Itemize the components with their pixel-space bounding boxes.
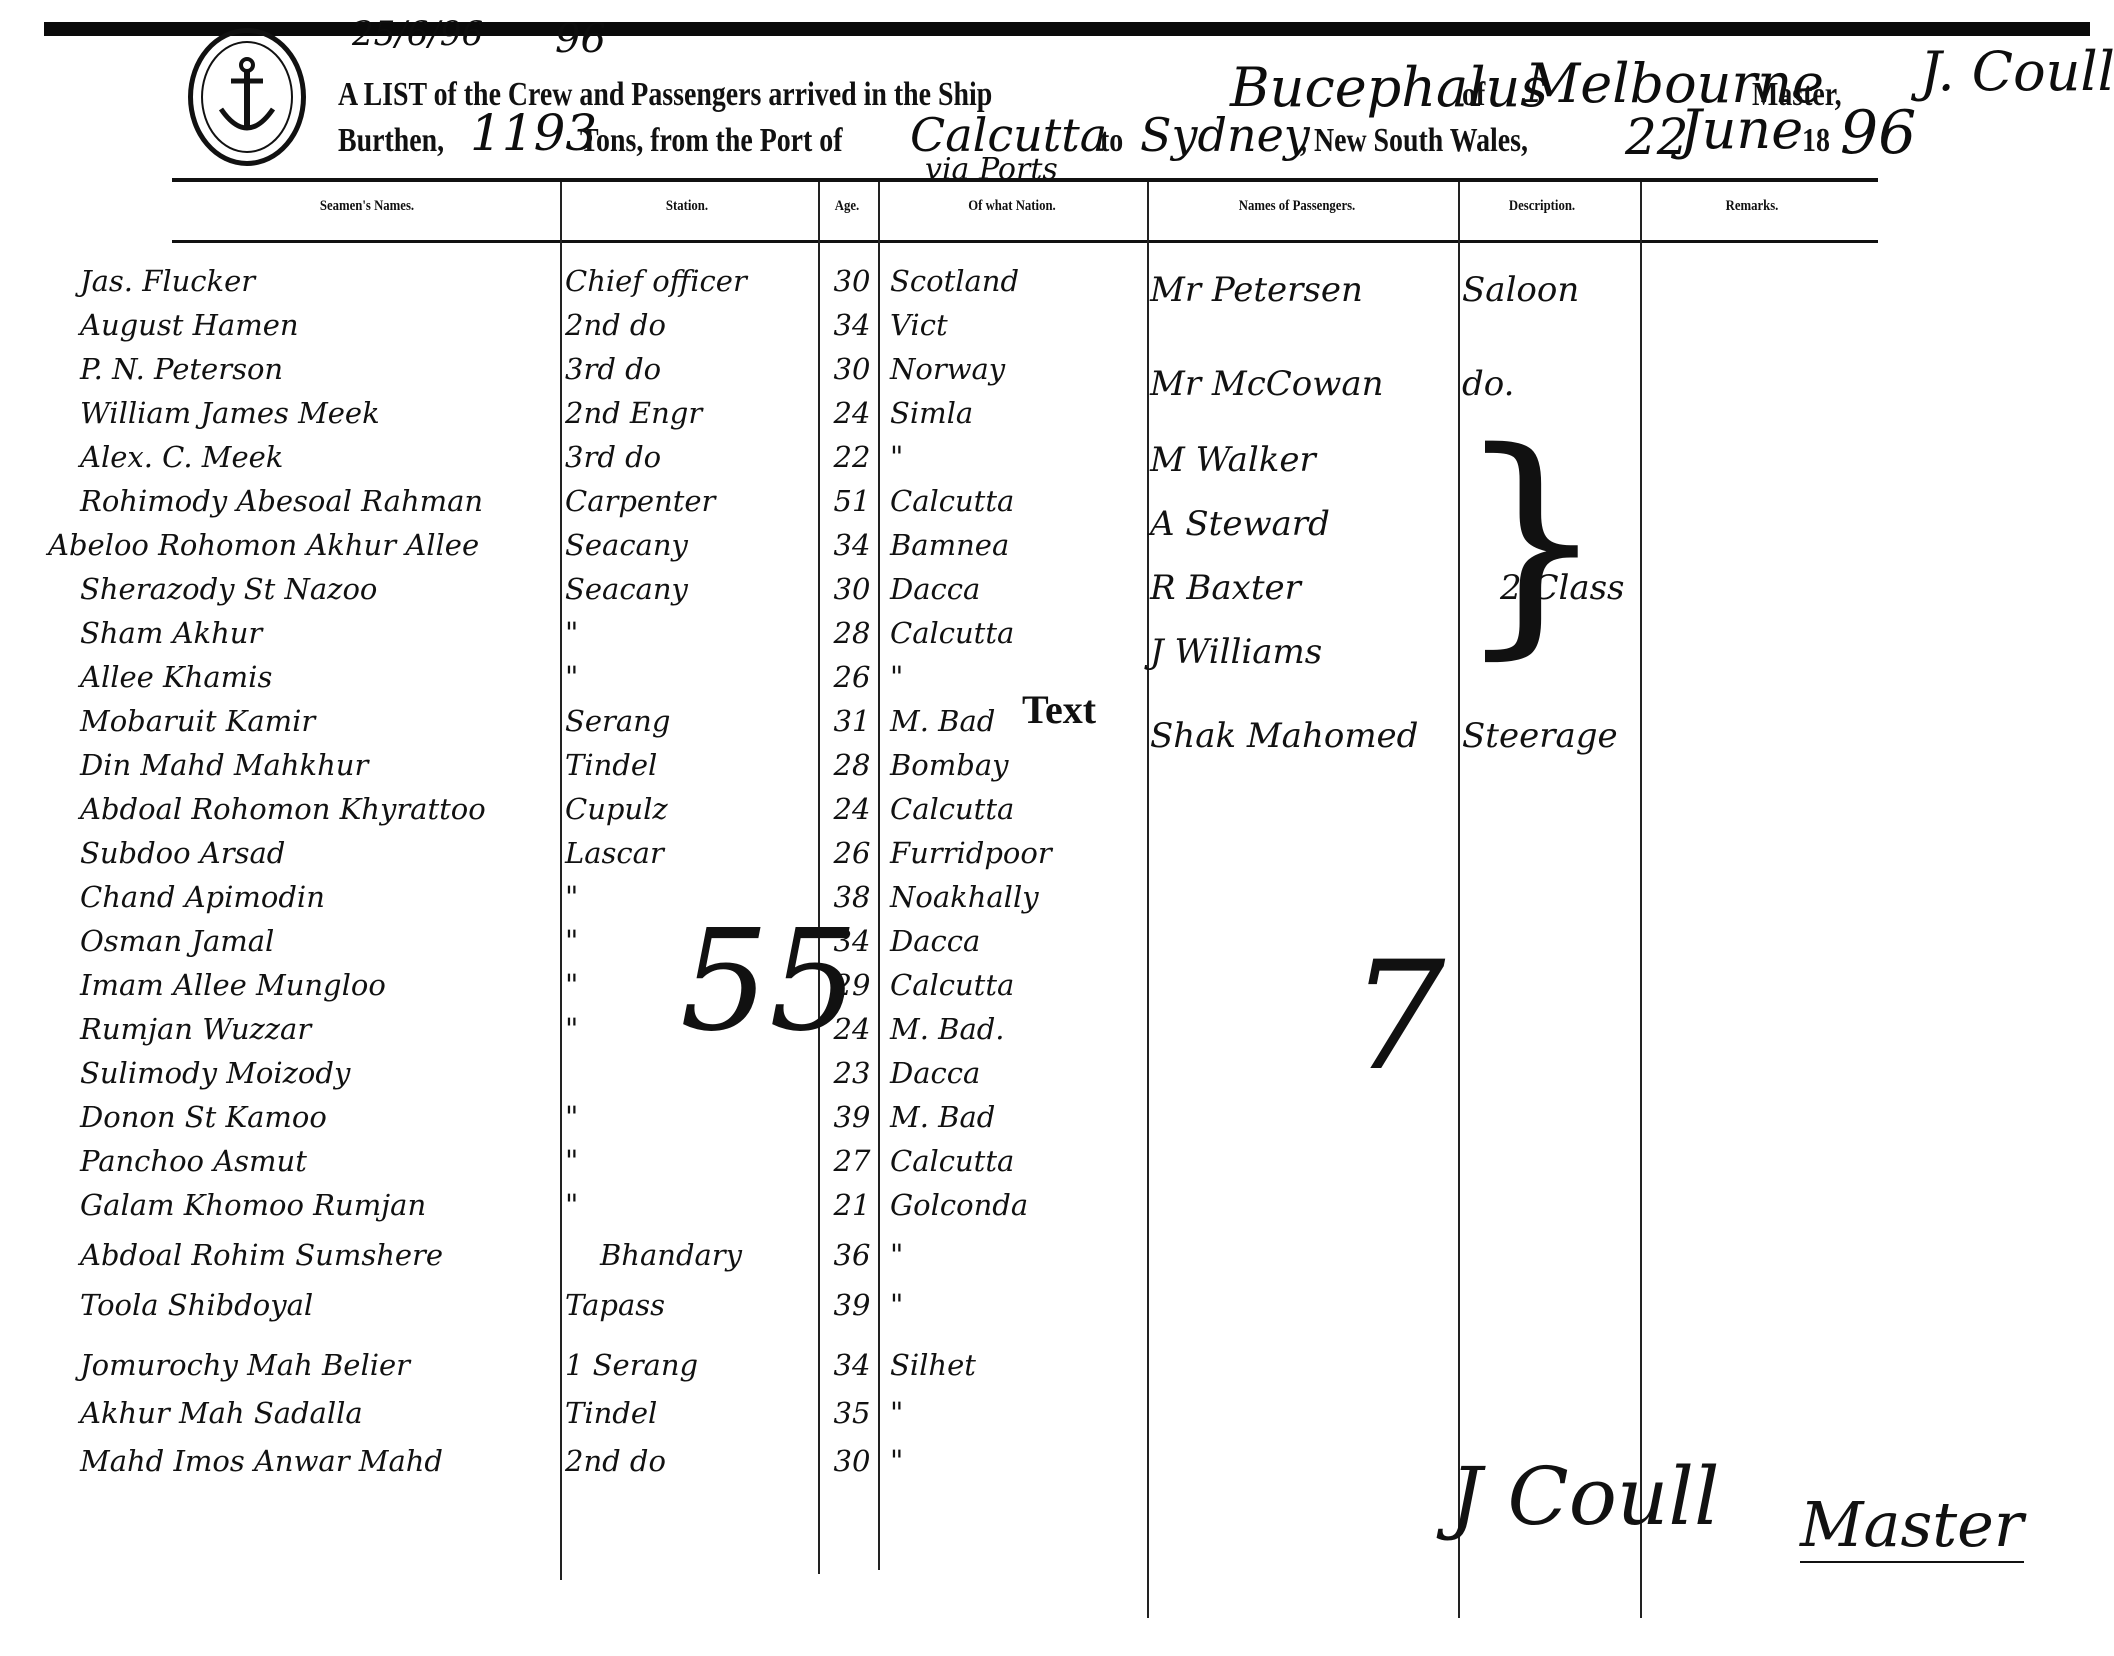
crew-total-tally: 55 xyxy=(680,900,858,1063)
passenger-row: Mr PetersenSaloon xyxy=(0,268,2114,308)
printed-to: to xyxy=(1100,122,1123,160)
crew-row: Subdoo ArsadLascar26Furridpoor xyxy=(0,834,2114,874)
crew-row: Rumjan Wuzzar"24M. Bad. xyxy=(0,1010,2114,1050)
col-passenger-names: Names of Passengers. xyxy=(1165,198,1429,215)
master-signature: J Coull xyxy=(1450,1450,1720,1543)
anchor-icon xyxy=(215,55,279,139)
tonnage: 1193 xyxy=(470,104,597,162)
shipping-department-seal xyxy=(188,28,306,166)
passenger-row: M Walker xyxy=(0,438,2114,478)
col-age: Age. xyxy=(817,198,877,215)
printed-tons-from: Tons, from the Port of xyxy=(580,122,843,160)
arrival-month: June xyxy=(1680,98,1803,161)
signature-title: Master xyxy=(1800,1488,2024,1563)
header-rule-top xyxy=(172,178,1878,182)
col-description: Description. xyxy=(1466,198,1619,215)
crew-row: Galam Khomoo Rumjan"21Golconda xyxy=(0,1186,2114,1226)
passenger-total-tally: 7 xyxy=(1350,930,1445,1104)
crew-row: August Hamen2nd do34Vict xyxy=(0,306,2114,346)
printed-of: of xyxy=(1462,76,1485,114)
printed-title: A LIST of the Crew and Passengers arrive… xyxy=(338,76,992,114)
printed-year: 18 xyxy=(1802,122,1830,160)
class-grouping-brace: } xyxy=(1455,420,1608,660)
passenger-row: J Williams xyxy=(0,630,2114,670)
top-border-bar xyxy=(44,22,2090,36)
crew-row: Toola ShibdoyalTapass39" xyxy=(0,1286,2114,1326)
crew-row: Panchoo Asmut"27Calcutta xyxy=(0,1142,2114,1182)
crew-row: Akhur Mah SadallaTindel35" xyxy=(0,1394,2114,1434)
col-station: Station. xyxy=(581,198,794,215)
printed-burthen: Burthen, xyxy=(338,122,444,160)
crew-row: Donon St Kamoo"39M. Bad xyxy=(0,1098,2114,1138)
reference-note-2: 96 xyxy=(555,16,606,62)
crew-row: Mahd Imos Anwar Mahd2nd do30" xyxy=(0,1442,2114,1482)
header-rule-bottom xyxy=(172,240,1878,243)
crew-row: Abdoal Rohim SumshereBhandary36" xyxy=(0,1236,2114,1276)
crew-row: Jomurochy Mah Belier1 Serang34Silhet xyxy=(0,1346,2114,1386)
passenger-row: A Steward xyxy=(0,502,2114,542)
col-nation: Of what Nation. xyxy=(902,198,1123,215)
crew-row: Osman Jamal"34Dacca xyxy=(0,922,2114,962)
col-seamens-names: Seamen's Names. xyxy=(201,198,533,215)
passenger-row: R Baxter2 Class xyxy=(0,566,2114,606)
reference-note: 25/6/96 xyxy=(352,14,483,54)
overlay-text-label: Text xyxy=(1022,686,1096,733)
master-name: J. Coull xyxy=(1920,40,2114,103)
crew-row: Chand Apimodin"38Noakhally xyxy=(0,878,2114,918)
col-remarks: Remarks. xyxy=(1650,198,1854,215)
to-port: Sydney xyxy=(1140,108,1310,162)
passenger-row: Mr McCowando. xyxy=(0,362,2114,402)
crew-row: Abdoal Rohomon KhyrattooCupulz24Calcutta xyxy=(0,790,2114,830)
crew-row: Sulimody Moizody23Dacca xyxy=(0,1054,2114,1094)
crew-row: Imam Allee Mungloo"29Calcutta xyxy=(0,966,2114,1006)
arrival-year: 96 xyxy=(1840,98,1916,168)
printed-nsw: , New South Wales, xyxy=(1300,122,1528,160)
